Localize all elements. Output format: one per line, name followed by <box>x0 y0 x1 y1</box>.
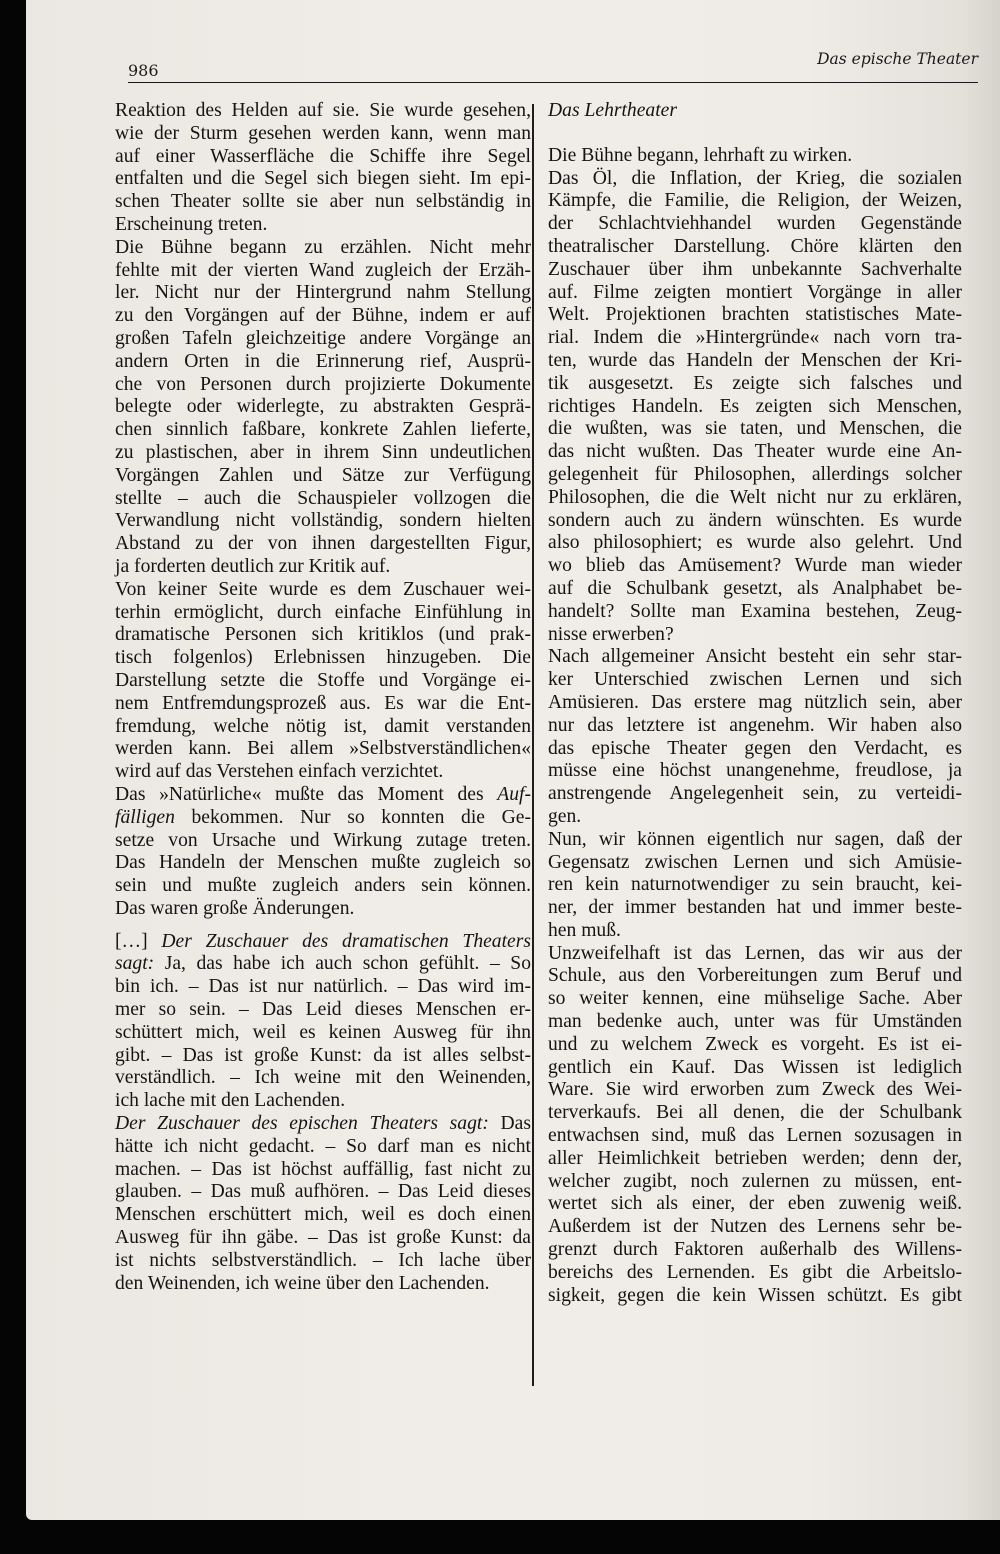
text-line: auf. Filme zeigten montiert Vorgänge in … <box>548 282 962 305</box>
text-line: rial. Indem die »Hintergründe« nach vorn… <box>548 327 962 350</box>
text-line: Das waren große Änderungen. <box>115 898 531 921</box>
text-line: schüttert mich, weil es keinen Ausweg fü… <box>115 1022 531 1045</box>
text-line: Welt. Projektionen brachten statistische… <box>548 304 962 327</box>
text-line: Das Handeln der Menschen mußte zugleich … <box>115 852 531 875</box>
text-line: Die Bühne begann, lehrhaft zu wirken. <box>548 145 962 168</box>
text-line: sondern auch zu ändern wünschten. Es wur… <box>548 510 962 533</box>
text-line: […] Der Zuschauer des dramatischen Theat… <box>115 931 531 954</box>
text-line: Kämpfe, die Familie, die Religion, der W… <box>548 190 962 213</box>
text-line: großen Tafeln gleichzeitige andere Vorgä… <box>115 328 531 351</box>
text-line: gen. <box>548 806 962 829</box>
text-line: setze von Ursache und Wirkung zutage tre… <box>115 830 531 853</box>
text-line: hen muß. <box>548 920 962 943</box>
text-line: stellte – auch die Schauspieler vollzoge… <box>115 488 531 511</box>
text-line: dramatische Personen sich kritiklos (und… <box>115 624 531 647</box>
text-line: tisch folgenlos) Erlebnissen hinzugeben.… <box>115 647 531 670</box>
text-line: gelegenheit für Philosophen, allerdings … <box>548 464 962 487</box>
text-line: grenzt durch Faktoren außerhalb des Will… <box>548 1239 962 1262</box>
text-line: handelt? Sollte man Examina bestehen, Ze… <box>548 601 962 624</box>
text-line: der Schlachtviehhandel wurden Gegenständ… <box>548 213 962 236</box>
text-line: hätte ich nicht gedacht. – So darf man e… <box>115 1136 531 1159</box>
text-line: Das »Natürliche« mußte das Moment des Au… <box>115 784 531 807</box>
text-line: tik ausgesetzt. Es zeigte sich falsches … <box>548 373 962 396</box>
text-line: sigkeit, gegen die kein Wissen schützt. … <box>548 1285 962 1308</box>
text-line: terverkaufs. Bei all denen, die der Schu… <box>548 1102 962 1125</box>
text-line: schen Theater sollte sie aber nun selbst… <box>115 191 531 214</box>
text-span: bekommen. Nur so konnten die Ge- <box>175 807 531 828</box>
text-line: chen sinnlich faßbare, konkrete Zahlen l… <box>115 419 531 442</box>
text-line: belegte oder widerlegte, zu abstrakten G… <box>115 396 531 419</box>
text-line: ner, der immer bestanden hat und immer b… <box>548 897 962 920</box>
text-span: Das »Natürliche« mußte das Moment des <box>115 784 497 805</box>
text-line: nem Entfremdungsprozeß aus. Es war die E… <box>115 693 531 716</box>
text-line: ten, wurde das Handeln der Menschen der … <box>548 350 962 373</box>
text-line: wird auf das Verstehen einfach verzichte… <box>115 761 531 784</box>
page-number: 986 <box>128 61 159 80</box>
text-line: verständlich. – Ich weine mit den Weinen… <box>115 1067 531 1090</box>
text-line: nisse erwerben? <box>548 624 962 647</box>
italic-emphasis: Auf- <box>497 784 531 805</box>
text-line: andern Orten in die Erinnerung rief, Aus… <box>115 351 531 374</box>
text-line: den Weinenden, ich weine über den Lachen… <box>115 1273 531 1296</box>
text-line: Nach allgemeiner Ansicht besteht ein seh… <box>548 646 962 669</box>
text-line: Verwandlung nicht vollständig, sondern h… <box>115 510 531 533</box>
text-line: ker Unterschied zwischen Lernen und sich <box>548 669 962 692</box>
italic-emphasis: fälligen <box>115 807 175 828</box>
text-line: fremdung, welche nötig ist, damit versta… <box>115 716 531 739</box>
text-line: wie der Sturm gesehen werden kann, wenn … <box>115 123 531 146</box>
text-line: Die Bühne begann zu erzählen. Nicht mehr <box>115 237 531 260</box>
text-line: Von keiner Seite wurde es dem Zuschauer … <box>115 579 531 602</box>
text-line: Gegensatz zwischen Lernen und sich Amüsi… <box>548 852 962 875</box>
italic-speaker: Der Zuschauer des epischen Theaters sagt… <box>115 1113 489 1134</box>
text-line: auf die Schulbank gesetzt, als Analphabe… <box>548 578 962 601</box>
text-line: Erscheinung treten. <box>115 214 531 237</box>
text-line: Darstellung setzte die Stoffe und Vorgän… <box>115 670 531 693</box>
text-line: entwachsen sind, muß das Lernen sozusage… <box>548 1125 962 1148</box>
text-line: Unzweifelhaft ist das Lernen, das wir au… <box>548 943 962 966</box>
text-line: ler. Nicht nur der Hintergrund nahm Stel… <box>115 282 531 305</box>
text-line: so weiter kennen, eine mühselige Sache. … <box>548 988 962 1011</box>
text-line: ren kein naturnotwendiger zu sein brauch… <box>548 874 962 897</box>
text-line: bereichs des Lernenden. Es gibt die Arbe… <box>548 1262 962 1285</box>
text-line: Menschen erschüttert mich, weil es doch … <box>115 1204 531 1227</box>
text-line: bin ich. – Das ist nur natürlich. – Das … <box>115 976 531 999</box>
text-line: werden kann. Bei allem »Selbstverständli… <box>115 738 531 761</box>
text-line: entfalten und die Segel sich biegen sieh… <box>115 168 531 191</box>
text-line: ist nichts selbstverständlich. – Ich lac… <box>115 1250 531 1273</box>
column-divider <box>532 104 534 1386</box>
text-line: wertet sich als einer, der eben zuwenig … <box>548 1193 962 1216</box>
text-line: nur das letztere ist angenehm. Wir haben… <box>548 715 962 738</box>
text-line: zu plastischen, aber in ihrem Sinn undeu… <box>115 442 531 465</box>
italic-speaker: Der Zuschauer des dramatischen Theaters <box>161 931 531 952</box>
text-line: die wußten, was sie taten, und Menschen,… <box>548 418 962 441</box>
left-column: Reaktion des Helden auf sie. Sie wurde g… <box>115 100 531 1295</box>
ellipsis-bracket: […] <box>115 931 161 952</box>
text-line: Amüsieren. Das erstere mag nützlich sein… <box>548 692 962 715</box>
text-line: wo blieb das Amüsement? Wurde man wieder <box>548 555 962 578</box>
text-line: glauben. – Das muß aufhören. – Das Leid … <box>115 1181 531 1204</box>
text-line: anstrengende Angelegenheit sein, zu vert… <box>548 783 962 806</box>
text-line: zu den Vorgängen auf der Bühne, indem er… <box>115 305 531 328</box>
running-section-title: Das epische Theater <box>817 50 978 68</box>
text-line: welcher zugibt, noch zulernen zu müssen,… <box>548 1171 962 1194</box>
text-line: richtiges Handeln. Es zeigten sich Mensc… <box>548 396 962 419</box>
text-line: mer so sein. – Das Leid dieses Menschen … <box>115 999 531 1022</box>
text-line: Vorgängen Zahlen und Sätze zur Verfügung <box>115 465 531 488</box>
text-line: sein und mußte zugleich anders sein könn… <box>115 875 531 898</box>
text-line: Schule, aus den Vorbereitungen zum Beruf… <box>548 965 962 988</box>
right-column: Das Lehrtheater Die Bühne begann, lehrha… <box>548 100 962 1307</box>
italic-speaker: sagt: <box>115 953 154 974</box>
text-line: ja forderten deutlich zur Kritik auf. <box>115 556 531 579</box>
text-line: also philosophiert; es wurde also gelehr… <box>548 532 962 555</box>
text-line: Ware. Sie wird erworben zum Zweck des We… <box>548 1079 962 1102</box>
text-line: Das Öl, die Inflation, der Krieg, die so… <box>548 168 962 191</box>
text-line: Zuschauer über ihm unbekannte Sachverhal… <box>548 259 962 282</box>
text-line: gibt. – Das ist große Kunst: da ist alle… <box>115 1045 531 1068</box>
text-line: das epische Theater gegen den Verdacht, … <box>548 738 962 761</box>
text-line: Abstand zu der von ihnen dargestellten F… <box>115 533 531 556</box>
text-line: man bedenke auch, unter was für Umstände… <box>548 1011 962 1034</box>
text-line: Ausweg für ihn gäbe. – Das ist große Kun… <box>115 1227 531 1250</box>
text-line: Philosophen, die die Welt nicht nur zu e… <box>548 487 962 510</box>
text-line: Nun, wir können eigentlich nur sagen, da… <box>548 829 962 852</box>
running-header: 986 Das epische Theater <box>128 48 978 83</box>
text-span: Ja, das habe ich auch schon gefühlt. – S… <box>154 953 531 974</box>
text-line: fälligen bekommen. Nur so konnten die Ge… <box>115 807 531 830</box>
text-line: das nicht wußten. Das Theater wurde eine… <box>548 441 962 464</box>
text-span: Das <box>489 1113 531 1134</box>
text-line: auf einer Wasserfläche die Schiffe ihre … <box>115 146 531 169</box>
section-subheading: Das Lehrtheater <box>548 100 962 123</box>
text-line: terhin ermöglicht, durch einfache Einfüh… <box>115 602 531 625</box>
text-line: fehlte mit der vierten Wand zugleich der… <box>115 260 531 283</box>
text-line: müsse eine höchst unangenehme, freudlose… <box>548 760 962 783</box>
text-line: gentlich ein Kauf. Das Wissen ist ledigl… <box>548 1057 962 1080</box>
text-line: Der Zuschauer des epischen Theaters sagt… <box>115 1113 531 1136</box>
text-line: und zu welchem Zweck es vorgeht. Es ist … <box>548 1034 962 1057</box>
text-line: aller Heimlichkeit betrieben werden; den… <box>548 1148 962 1171</box>
text-line: ich lache mit den Lachenden. <box>115 1090 531 1113</box>
text-line: machen. – Das ist höchst auffällig, fast… <box>115 1159 531 1182</box>
text-line: sagt: Ja, das habe ich auch schon gefühl… <box>115 953 531 976</box>
text-line: Außerdem ist der Nutzen des Lernens sehr… <box>548 1216 962 1239</box>
text-line: Reaktion des Helden auf sie. Sie wurde g… <box>115 100 531 123</box>
text-line: che von Personen durch projizierte Dokum… <box>115 374 531 397</box>
text-line: theatralischer Darstellung. Chöre klärte… <box>548 236 962 259</box>
